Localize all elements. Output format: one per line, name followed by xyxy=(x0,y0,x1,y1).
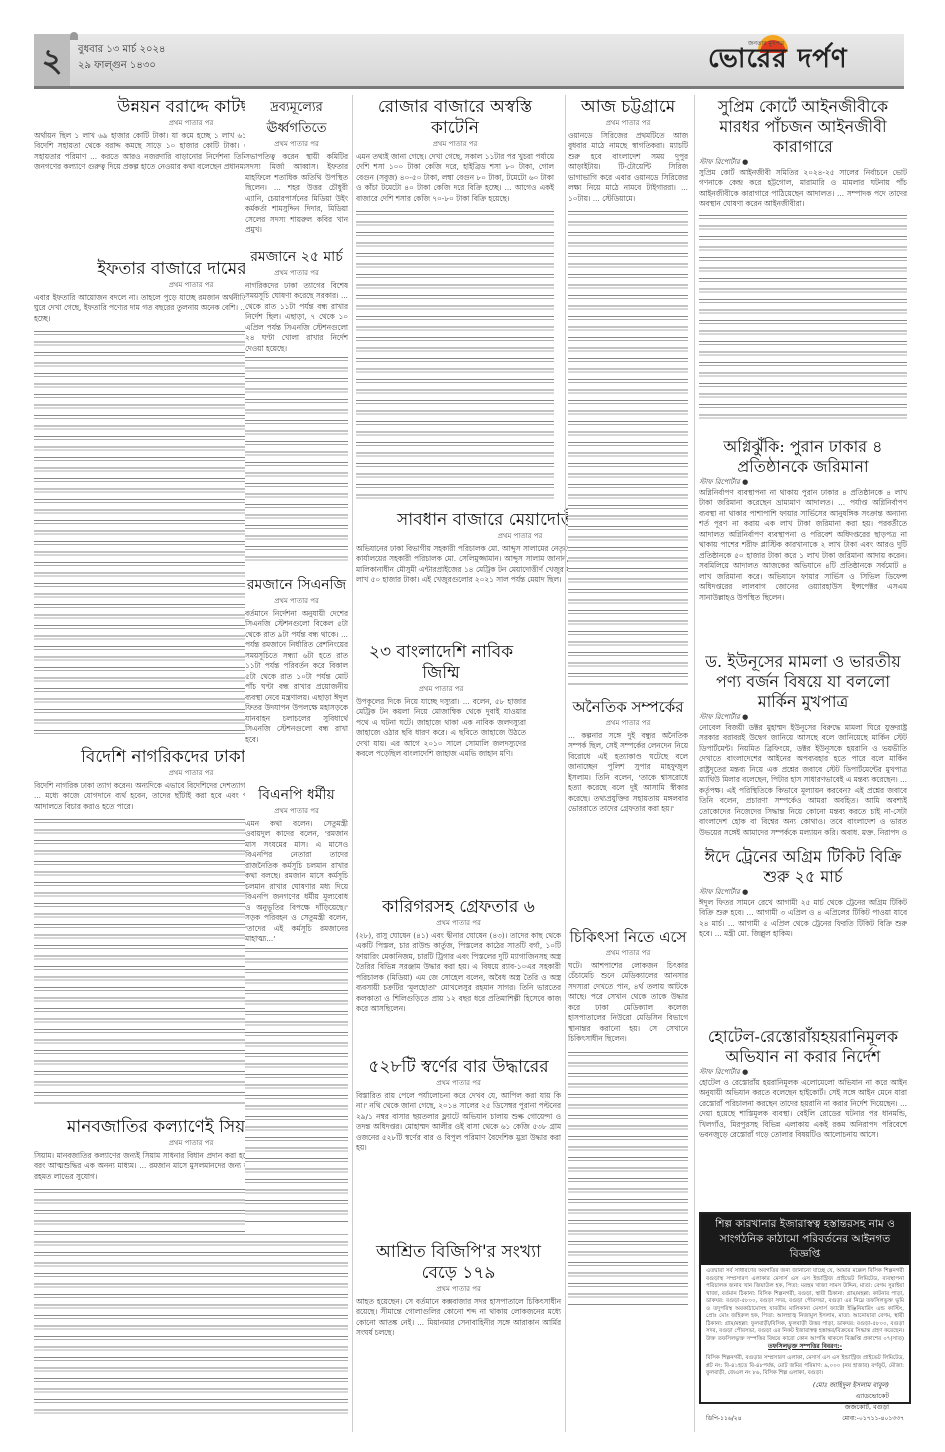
story-body: এমন তথ্যই জানা গেছে। দেখা গেছে, সকাল ১১ট… xyxy=(356,152,554,205)
continued-label: প্রথম পাতার পর xyxy=(356,139,554,150)
column-2: দ্রব্যমূল্যের ঊর্ধ্বগতিতে প্রথম পাতার পর… xyxy=(245,95,348,1233)
story-ramjane-25[interactable]: রমজানে ২৫ মার্চ প্রথম পাতার পর নাগরিকদের… xyxy=(245,245,348,563)
story-hotel[interactable]: হোটেল-রেস্তোরাঁয়হয়রানিমূলক অভিযান না ক… xyxy=(699,1025,907,1175)
notice-ref: ডিপি-১১৬/২৪ xyxy=(706,1413,742,1424)
notice-title: শিল্প কারখানার ইজারাস্বত্ব হস্তান্তরসহ ন… xyxy=(701,1214,909,1265)
continued-label: প্রথম পাতার পর xyxy=(245,268,348,279)
column-3b: ২৩ বাংলাদেশি নাবিক জিম্মি প্রথম পাতার পর… xyxy=(356,640,526,890)
masthead: ২ বুধবার ১৩ মার্চ ২০২৪ ২৯ ফাল্গুন ১৪৩০ জ… xyxy=(34,34,904,89)
continued-label: প্রথম পাতার পর xyxy=(568,718,688,729)
story-body: ওয়ানডে সিরিজের প্রথমটিতে আজ বুধবার মাঠে… xyxy=(568,131,688,205)
story-ashrito-bgp[interactable]: আশ্রিত বিজিপি'র সংখ্যা বেড়ে ১৭৯ প্রথম প… xyxy=(356,1240,561,1430)
story-rojar-bajar[interactable]: রোজার বাজারে অস্বস্তি কাটেনি প্রথম পাতার… xyxy=(356,95,554,505)
story-eid-train[interactable]: ঈদে ট্রেনের অগ্রিম টিকিট বিক্রি শুরু ২৫ … xyxy=(699,845,907,1015)
story-drobbomullo[interactable]: দ্রব্যমূল্যের ঊর্ধ্বগতিতে প্রথম পাতার পর… xyxy=(245,95,348,235)
text-lines xyxy=(356,208,554,505)
continued-label: প্রথম পাতার পর xyxy=(245,596,348,607)
story-bangladeshi-nabik[interactable]: ২৩ বাংলাদেশি নাবিক জিম্মি প্রথম পাতার পর… xyxy=(356,640,526,880)
continued-label: প্রথম পাতার পর xyxy=(568,118,688,129)
column-3c: কারিগরসহ গ্রেফতার ৬ প্রথম পাতার পর (২৮),… xyxy=(356,895,561,1440)
headline[interactable]: হোটেল-রেস্তোরাঁয়হয়রানিমূলক অভিযান না ক… xyxy=(699,1027,907,1067)
headline[interactable]: ২৩ বাংলাদেশি নাবিক জিম্মি xyxy=(356,642,526,684)
story-sorner-bar[interactable]: ৫২৮টি স্বর্ণের বার উদ্ধারের প্রথম পাতার … xyxy=(356,1055,561,1230)
story-body: অগ্নিনির্বাপণ ব্যবস্থাপনা না থাকায় পুরা… xyxy=(699,488,907,604)
headline[interactable]: ৫২৮টি স্বর্ণের বার উদ্ধারের xyxy=(356,1057,561,1078)
text-lines xyxy=(699,212,907,426)
story-body: বিস্তারিত রায় পেলে পর্যালোচনা করে দেখব … xyxy=(356,1091,561,1154)
story-yunus[interactable]: ড. ইউনূসের মামলা ও ভারতীয় পণ্য বর্জন বি… xyxy=(699,650,907,835)
story-karigor[interactable]: কারিগরসহ গ্রেফতার ৬ প্রথম পাতার পর (২৮),… xyxy=(356,895,561,1045)
column-3: রোজার বাজারে অস্বস্তি কাটেনি প্রথম পাতার… xyxy=(356,95,554,515)
notice-schedule-title: তফসিলভুক্ত সম্পত্তির বিবরণ:- xyxy=(701,1341,909,1352)
story-body: হোটেল ও রেস্তোরাঁয় হয়রানিমূলক এলোমেলো … xyxy=(699,1078,907,1141)
headline[interactable]: আজ চট্টগ্রামে xyxy=(568,97,688,118)
notice-schedule-body: বিসিক শিল্পনগরী, বগুড়ার সম্প্রসারণ এলাক… xyxy=(701,1352,909,1380)
newspaper-logo[interactable]: জনতার মুখপত্র ভোরের দর্পণ xyxy=(708,38,898,82)
notice-footer: ডিপি-১১৬/২৪ মোবা:-০১৭১১-৪০১৩৩৭ xyxy=(701,1413,909,1424)
headline[interactable]: অগ্নিঝুঁকি: পুরান ঢাকার ৪ প্রতিষ্ঠানকে জ… xyxy=(699,437,907,477)
notice-mobile: মোবা:-০১৭১১-৪০১৩৩৭ xyxy=(842,1413,904,1424)
story-supreme-court[interactable]: সুপ্রিম কোর্টে আইনজীবীকে মারধর পাঁচজন আই… xyxy=(699,95,907,425)
column-divider xyxy=(694,95,695,1432)
headline[interactable]: সুপ্রিম কোর্টে আইনজীবীকে মারধর পাঁচজন আই… xyxy=(699,97,907,157)
headline[interactable]: কারিগরসহ গ্রেফতার ৬ xyxy=(356,897,561,918)
story-body: (২৮), রাসু ঘোষেন (৪১) এবং দ্বীনার ঘোষেন … xyxy=(356,931,561,1015)
story-body: নাগরিকদের ঢাকা ত্যাগের বিশেষ সময়সূচি ঘো… xyxy=(245,281,348,355)
story-body: আহত হয়েছেন। সে বর্তমানে কক্সবাজার সদর হ… xyxy=(356,1297,561,1339)
byline: স্টাফ রিপোর্টার ● xyxy=(699,887,907,898)
continued-label: প্রথম পাতার পর xyxy=(568,948,688,959)
page-tab-decoration xyxy=(70,32,78,40)
continued-label: প্রথম পাতার পর xyxy=(356,1284,561,1295)
story-agnijhuki[interactable]: অগ্নিঝুঁকি: পুরান ঢাকার ৪ প্রতিষ্ঠানকে জ… xyxy=(699,435,907,640)
continued-label: প্রথম পাতার পর xyxy=(356,1078,561,1089)
column-5: সুপ্রিম কোর্টে আইনজীবীকে মারধর পাঁচজন আই… xyxy=(699,95,907,1185)
text-lines xyxy=(245,945,348,1224)
date-bengali: ২৯ ফাল্গুন ১৪৩০ xyxy=(78,58,156,75)
story-body: সুপ্রিম কোর্ট আইনজীবী সমিতির ২০২৪-২৫ সাল… xyxy=(699,168,907,210)
headline[interactable]: অনৈতিক সম্পর্কের xyxy=(568,697,688,718)
story-body: এমন কথা বলেন। সেতুমন্ত্রী ওবায়দুল কাদের… xyxy=(245,819,348,945)
notice-designation: এ্যাডভোকেট xyxy=(701,1391,909,1402)
story-body: সভাপতিত্ব করেন স্থায়ী কমিটির সদস্য মির্… xyxy=(245,152,348,236)
notice-body: এতদ্বারা সর্ব সাধারণের অবগতির জন্য জানান… xyxy=(701,1265,909,1341)
column-divider xyxy=(565,95,566,1432)
headline[interactable]: আশ্রিত বিজিপি'র সংখ্যা বেড়ে ১৭৯ xyxy=(356,1242,561,1284)
story-onoitik-somporko[interactable]: অনৈতিক সম্পর্কের প্রথম পাতার পর ... কল্প… xyxy=(568,695,688,915)
story-body: উপকূলের দিকে নিয়ে যাচ্ছে দস্যুরা। ... ব… xyxy=(356,697,526,760)
story-bnp-dhormio[interactable]: বিএনপি ধর্মীয় প্রথম পাতার পর এমন কথা বল… xyxy=(245,783,348,1223)
headline[interactable]: রোজার বাজারে অস্বস্তি কাটেনি xyxy=(356,97,554,139)
story-body: ... কল্পনার সঙ্গে দুই বন্ধুর অনৈতিক সম্প… xyxy=(568,731,688,815)
text-lines xyxy=(568,1049,688,1306)
story-body: নোবেল বিজয়ী ডক্টর মুহাম্মদ ইউনূসের বিরু… xyxy=(699,723,907,836)
story-body: বর্তমানে নির্দেশনা অনুযায়ী দেশের সিএনজি… xyxy=(245,609,348,746)
continued-label: প্রথম পাতার পর xyxy=(245,806,348,817)
byline: স্টাফ রিপোর্টার ● xyxy=(699,712,907,723)
byline: স্টাফ রিপোর্টার ● xyxy=(699,1067,907,1078)
story-body: ঈদুল ফিতর সামনে রেখে আগামী ২৫ মার্চ থেকে… xyxy=(699,898,907,940)
story-ramjane-cng[interactable]: রমজানে সিএনজি প্রথম পাতার পর বর্তমানে নি… xyxy=(245,573,348,773)
logo-name: ভোরের দর্পণ xyxy=(708,38,848,82)
story-chikitsa[interactable]: চিকিৎসা নিতে এসে প্রথম পাতার পর ঘটে। আশপ… xyxy=(568,925,688,1305)
page-number: ২ xyxy=(34,34,70,86)
column-divider xyxy=(352,95,353,1432)
continued-label: প্রথম পাতার পর xyxy=(356,684,526,695)
legal-notice-ad[interactable]: শিল্প কারখানার ইজারাস্বত্ব হস্তান্তরসহ ন… xyxy=(699,1212,911,1404)
byline: স্টাফ রিপোর্টার ● xyxy=(699,477,907,488)
text-lines xyxy=(245,354,348,563)
byline: স্টাফ রিপোর্টার ● xyxy=(699,157,907,168)
column-4: আজ চট্টগ্রামে প্রথম পাতার পর ওয়ানডে সির… xyxy=(568,95,688,1315)
headline[interactable]: চিকিৎসা নিতে এসে xyxy=(568,927,688,948)
story-body: ঘটে। আশপাশের লোকজন চিৎকার চেঁচামেচি শুনে… xyxy=(568,961,688,1045)
continued-label: প্রথম পাতার পর xyxy=(356,918,561,929)
story-aaj-chattogram[interactable]: আজ চট্টগ্রামে প্রথম পাতার পর ওয়ানডে সির… xyxy=(568,95,688,685)
notice-signatory: (মোঃ জাহিদুল ইসলাম বাবুল) xyxy=(701,1380,909,1391)
text-lines xyxy=(568,208,688,685)
headline[interactable]: ড. ইউনূসের মামলা ও ভারতীয় পণ্য বর্জন বি… xyxy=(699,652,907,712)
headline[interactable]: রমজানে ২৫ মার্চ xyxy=(245,247,348,268)
date-gregorian: বুধবার ১৩ মার্চ ২০২৪ xyxy=(78,42,166,59)
notice-court: জজকোর্ট, বগুড়া xyxy=(701,1402,909,1413)
headline[interactable]: দ্রব্যমূল্যের ঊর্ধ্বগতিতে xyxy=(245,97,348,139)
continued-label: প্রথম পাতার পর xyxy=(245,139,348,150)
headline[interactable]: বিএনপি ধর্মীয় xyxy=(245,785,348,806)
headline[interactable]: রমজানে সিএনজি xyxy=(245,575,348,596)
headline[interactable]: ঈদে ট্রেনের অগ্রিম টিকিট বিক্রি শুরু ২৫ … xyxy=(699,847,907,887)
